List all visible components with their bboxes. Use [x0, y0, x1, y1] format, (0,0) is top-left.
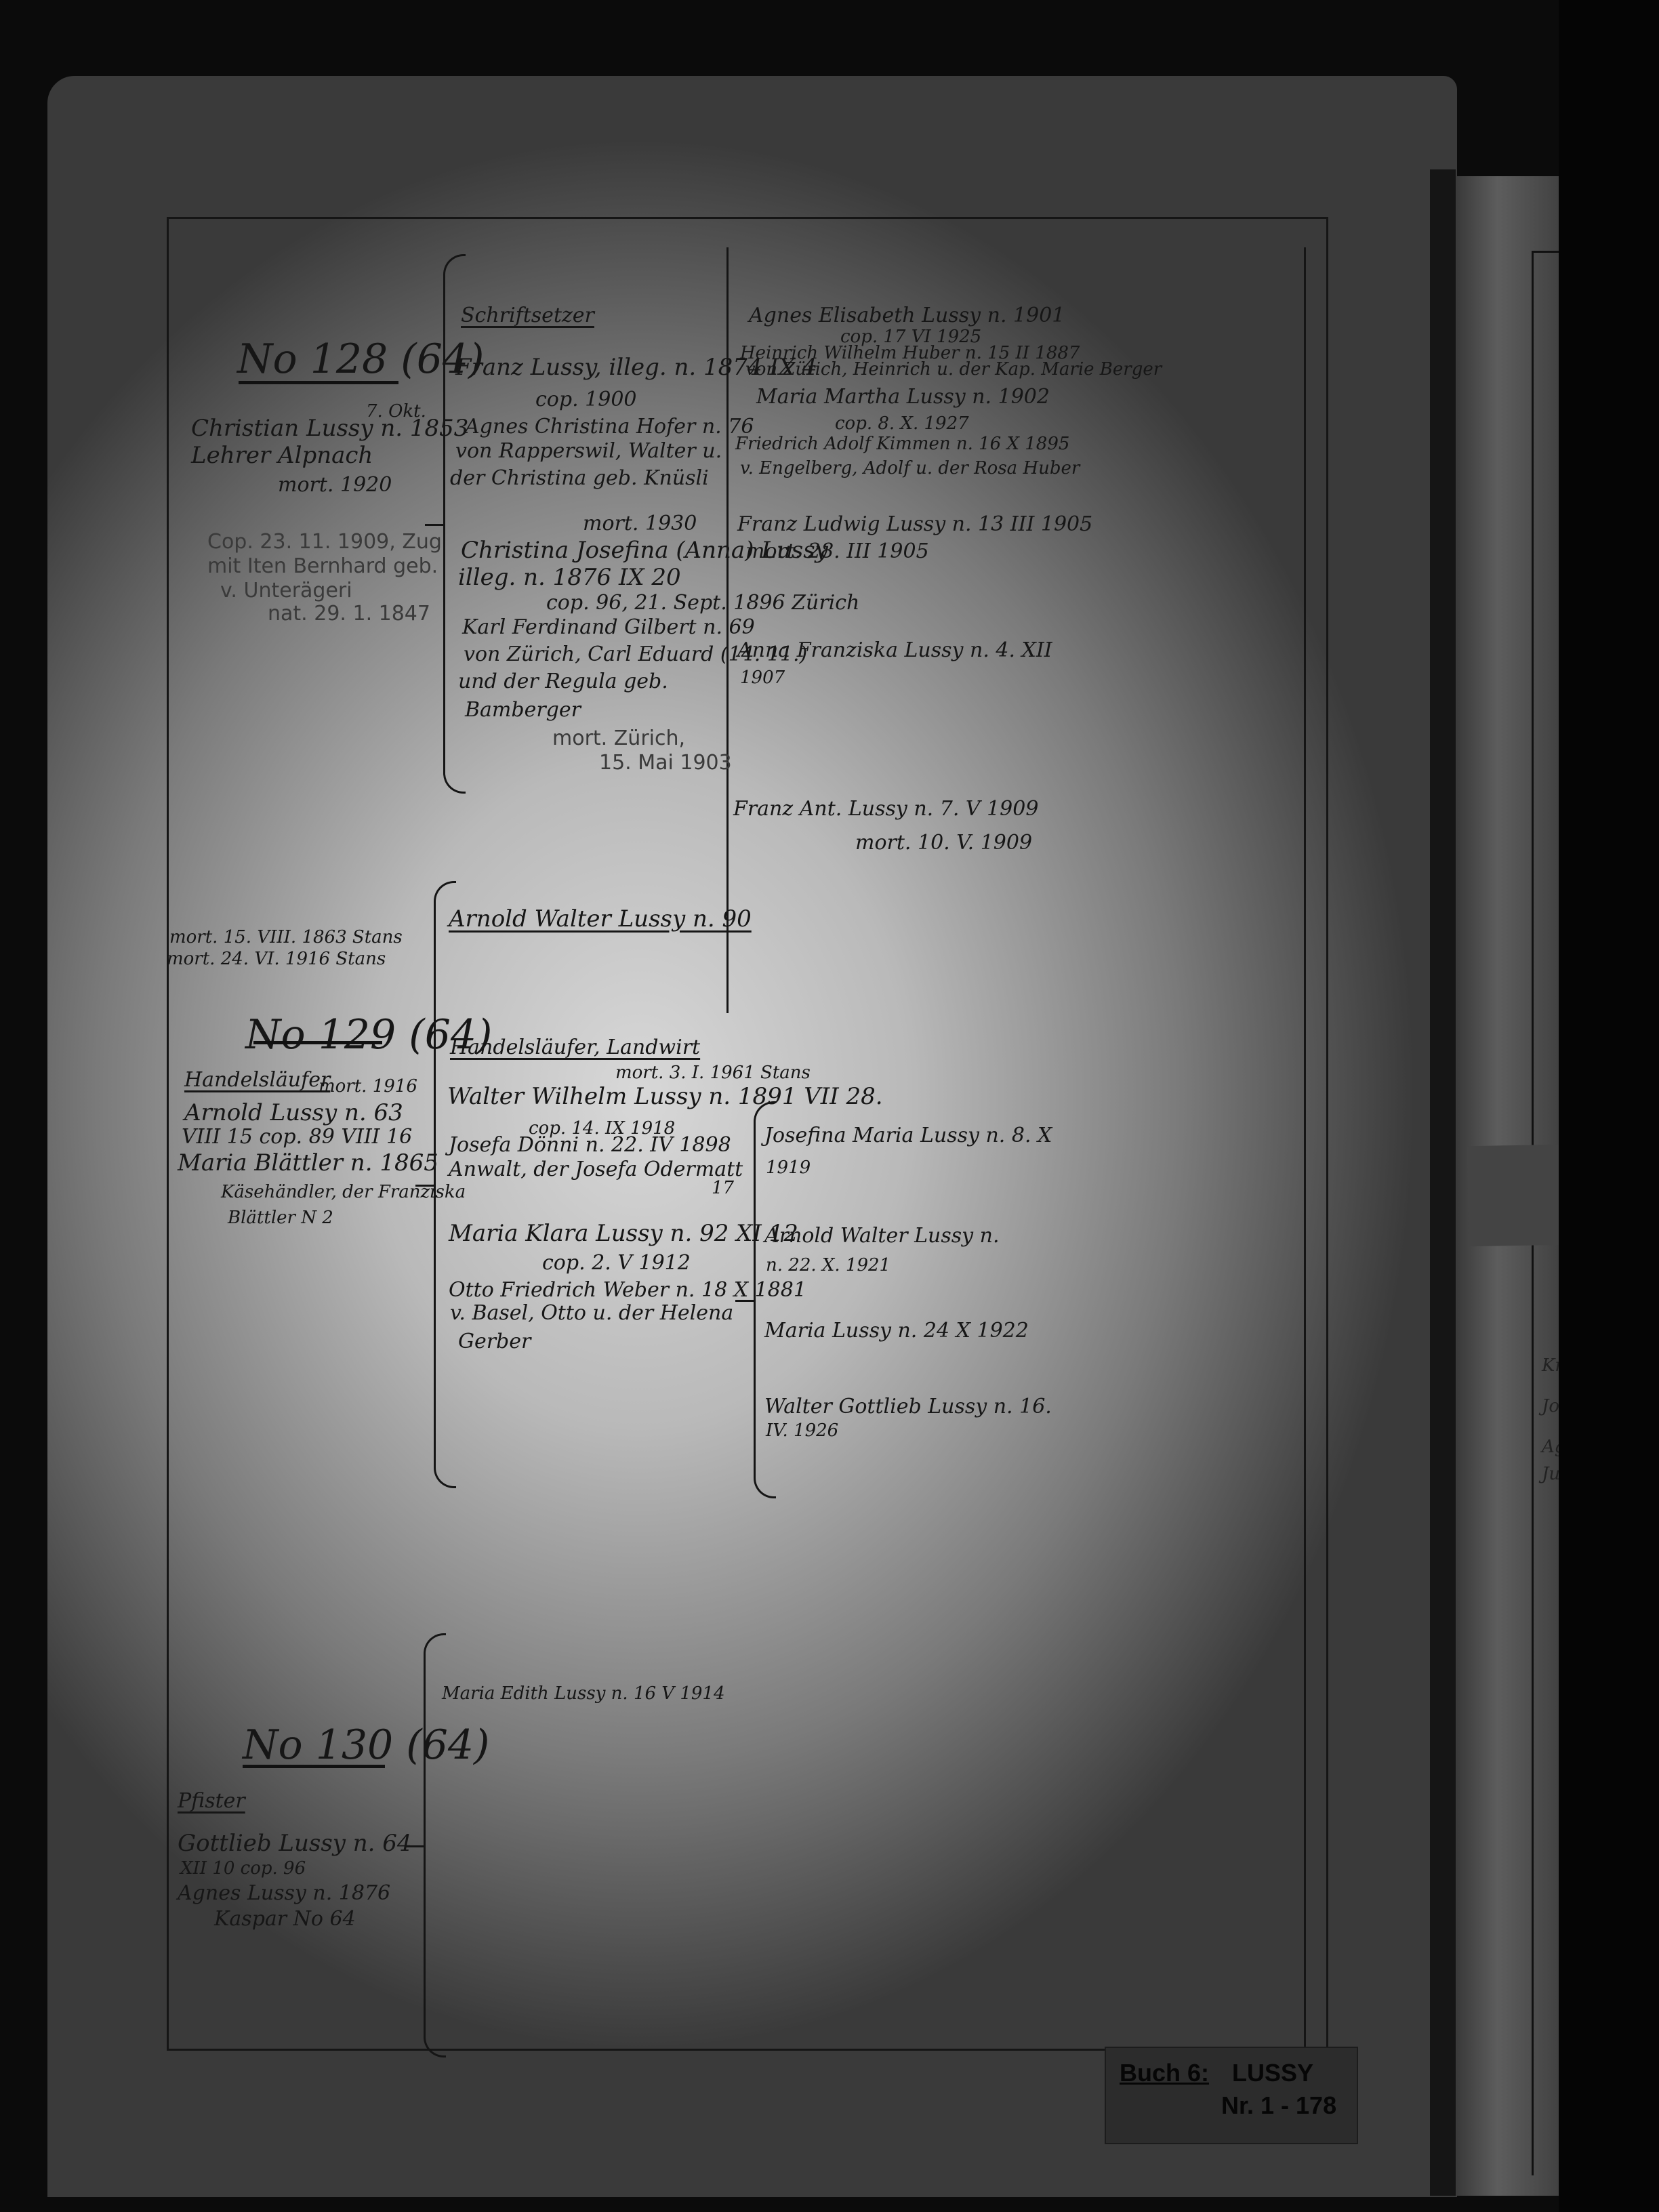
- entry-130-parent: Kaspar No 64: [214, 1907, 356, 1931]
- entry-129-parent: Arnold Lussy n. 63: [184, 1099, 403, 1126]
- entry-129-parent: VIII 15 cop. 89 VIII 16: [182, 1125, 412, 1149]
- entry-128-child-line: mort. 10. V. 1909: [855, 831, 1032, 855]
- entry-128-child-line: Anna Franziska Lussy n. 4. XII: [737, 638, 1052, 662]
- entry-129-spouse-line: 17: [712, 1178, 734, 1198]
- entry-129-child-line: 1919: [766, 1158, 811, 1178]
- entry-number-130: No 130 (64): [243, 1721, 489, 1769]
- entry-128-spouse-line: cop. 96, 21. Sept. 1896 Zürich: [546, 591, 859, 615]
- entry-130-parent: Gottlieb Lussy n. 64: [178, 1830, 412, 1857]
- entry-129-margin-note: mort. 15. VIII. 1863 Stans: [169, 927, 403, 947]
- entry-number-underline: [243, 1765, 385, 1768]
- entry-130-parent: Agnes Lussy n. 1876: [178, 1881, 390, 1905]
- entry-129-spouse-line: Maria Klara Lussy n. 92 XI 12: [449, 1220, 798, 1247]
- entry-128-parent: Lehrer Alpnach: [191, 442, 373, 469]
- entry-129-spouse-line: Josefa Dönni n. 22. IV 1898: [449, 1133, 731, 1157]
- frame-inner-column: [1304, 247, 1306, 2049]
- entry-129-spouse-line: cop. 2. V 1912: [542, 1251, 691, 1275]
- entry-128-parent: Christian Lussy n. 1853: [191, 415, 468, 442]
- entry-128-spouse-line: cop. 1900: [535, 388, 637, 411]
- entry-129-child-line: Josefina Maria Lussy n. 8. X: [764, 1124, 1052, 1147]
- entry-128-spouse-line: Karl Ferdinand Gilbert n. 69: [462, 615, 755, 639]
- entry-128-spouse-line: und der Regula geb.: [458, 670, 668, 693]
- entry-128-child-line: Franz Ludwig Lussy n. 13 III 1905: [737, 512, 1092, 536]
- entry-128-child-line: Friedrich Adolf Kimmen n. 16 X 1895: [735, 434, 1069, 454]
- entry-129-spouse-line: Gerber: [458, 1330, 531, 1353]
- entry-128-spouse-line: illeg. n. 1876 IX 20: [458, 564, 681, 591]
- entry-129-spouse-line: Handelsläufer, Landwirt: [450, 1036, 700, 1059]
- entry-number-128: No 128 (64): [237, 335, 484, 383]
- entry-128-child-line: cop. 8. X. 1927: [835, 413, 969, 434]
- entry-129-parent: Handelsläufer: [184, 1068, 330, 1092]
- entry-128-child-line: Franz Ant. Lussy n. 7. V 1909: [733, 797, 1038, 821]
- entry-129-parent: Käsehändler, der Franziska: [221, 1182, 466, 1202]
- background-dark: [1559, 0, 1659, 2212]
- entry-129-spouse-line: Anwalt, der Josefa Odermatt: [449, 1158, 743, 1181]
- entry-129-spouse-line: Walter Wilhelm Lussy n. 1891 VII 28.: [447, 1083, 883, 1110]
- entry-130-parent: Pfister: [178, 1789, 245, 1813]
- archive-range: Nr. 1 - 178: [1221, 2091, 1336, 2120]
- entry-129-child-line: n. 22. X. 1921: [766, 1255, 890, 1275]
- entry-128-spouse-line: Schriftsetzer: [461, 304, 594, 327]
- entry-128-spouse-line: Bamberger: [465, 698, 581, 722]
- entry-129-spouse-line: mort. 3. I. 1961 Stans: [615, 1063, 811, 1083]
- entry-128-child-line: von Zürich, Heinrich u. der Kap. Marie B…: [745, 359, 1162, 380]
- entry-129-child-line: Walter Gottlieb Lussy n. 16.: [764, 1395, 1052, 1418]
- entry-129-child-line: IV. 1926: [766, 1420, 838, 1441]
- entry-128-side-child: Arnold Walter Lussy n. 90: [449, 905, 752, 933]
- entry-number-underline: [253, 1041, 382, 1044]
- entry-128-marriage: v. Unterägeri: [220, 579, 352, 602]
- entry-128-spouse-line: von Rapperswil, Walter u.: [455, 439, 722, 463]
- entry-130-parent: XII 10 cop. 96: [180, 1858, 306, 1879]
- entry-129-parent: Maria Blättler n. 1865: [178, 1149, 438, 1176]
- archive-surname: LUSSY: [1232, 2059, 1313, 2087]
- entry-128-spouse-line: mort. Zürich,: [552, 726, 685, 750]
- entry-128-child-line: mort. 28. III 1905: [745, 539, 929, 563]
- archive-book: Buch 6:: [1120, 2059, 1209, 2087]
- entry-128-child-line: 1907: [740, 668, 785, 688]
- entry-128-spouse-line: Agnes Christina Hofer n. 76: [465, 415, 754, 438]
- entry-128-parent: mort. 1920: [278, 473, 392, 497]
- entry-128-marriage: mit Iten Bernhard geb.: [207, 554, 438, 578]
- entry-128-spouse-line: mort. 1930: [583, 512, 697, 535]
- entry-129-margin-note: mort. 24. VI. 1916 Stans: [167, 949, 386, 969]
- entry-129-spouse-line: v. Basel, Otto u. der Helena: [450, 1301, 733, 1325]
- entry-128-child-line: Agnes Elisabeth Lussy n. 1901: [749, 304, 1065, 327]
- entry-129-spouse-line: Otto Friedrich Weber n. 18 X 1881: [449, 1278, 806, 1302]
- entry-129-parent: mort. 1916: [319, 1076, 417, 1097]
- entry-128-spouse-line: 15. Mai 1903: [599, 751, 732, 775]
- entry-130-child-line: Maria Edith Lussy n. 16 V 1914: [442, 1683, 725, 1704]
- entry-128-child-line: v. Engelberg, Adolf u. der Rosa Huber: [740, 458, 1080, 478]
- entry-129-child-line: Arnold Walter Lussy n.: [764, 1224, 1000, 1248]
- entry-129-child-line: Maria Lussy n. 24 X 1922: [764, 1319, 1029, 1343]
- entry-number-underline: [239, 381, 398, 384]
- entry-128-marriage: Cop. 23. 11. 1909, Zug: [207, 530, 442, 554]
- archive-label-line1: Buch 6: LUSSY: [1120, 2059, 1313, 2087]
- tab-marker: [1467, 1145, 1564, 1246]
- page-gutter: [1430, 169, 1456, 2196]
- entry-129-parent: Blättler N 2: [228, 1208, 333, 1228]
- entry-128-child-line: Maria Martha Lussy n. 1902: [756, 385, 1050, 409]
- entry-128-spouse-line: der Christina geb. Knüsli: [450, 466, 709, 490]
- archive-label: Buch 6: LUSSY Nr. 1 - 178: [1105, 2047, 1358, 2144]
- entry-128-marriage: nat. 29. 1. 1847: [268, 602, 430, 626]
